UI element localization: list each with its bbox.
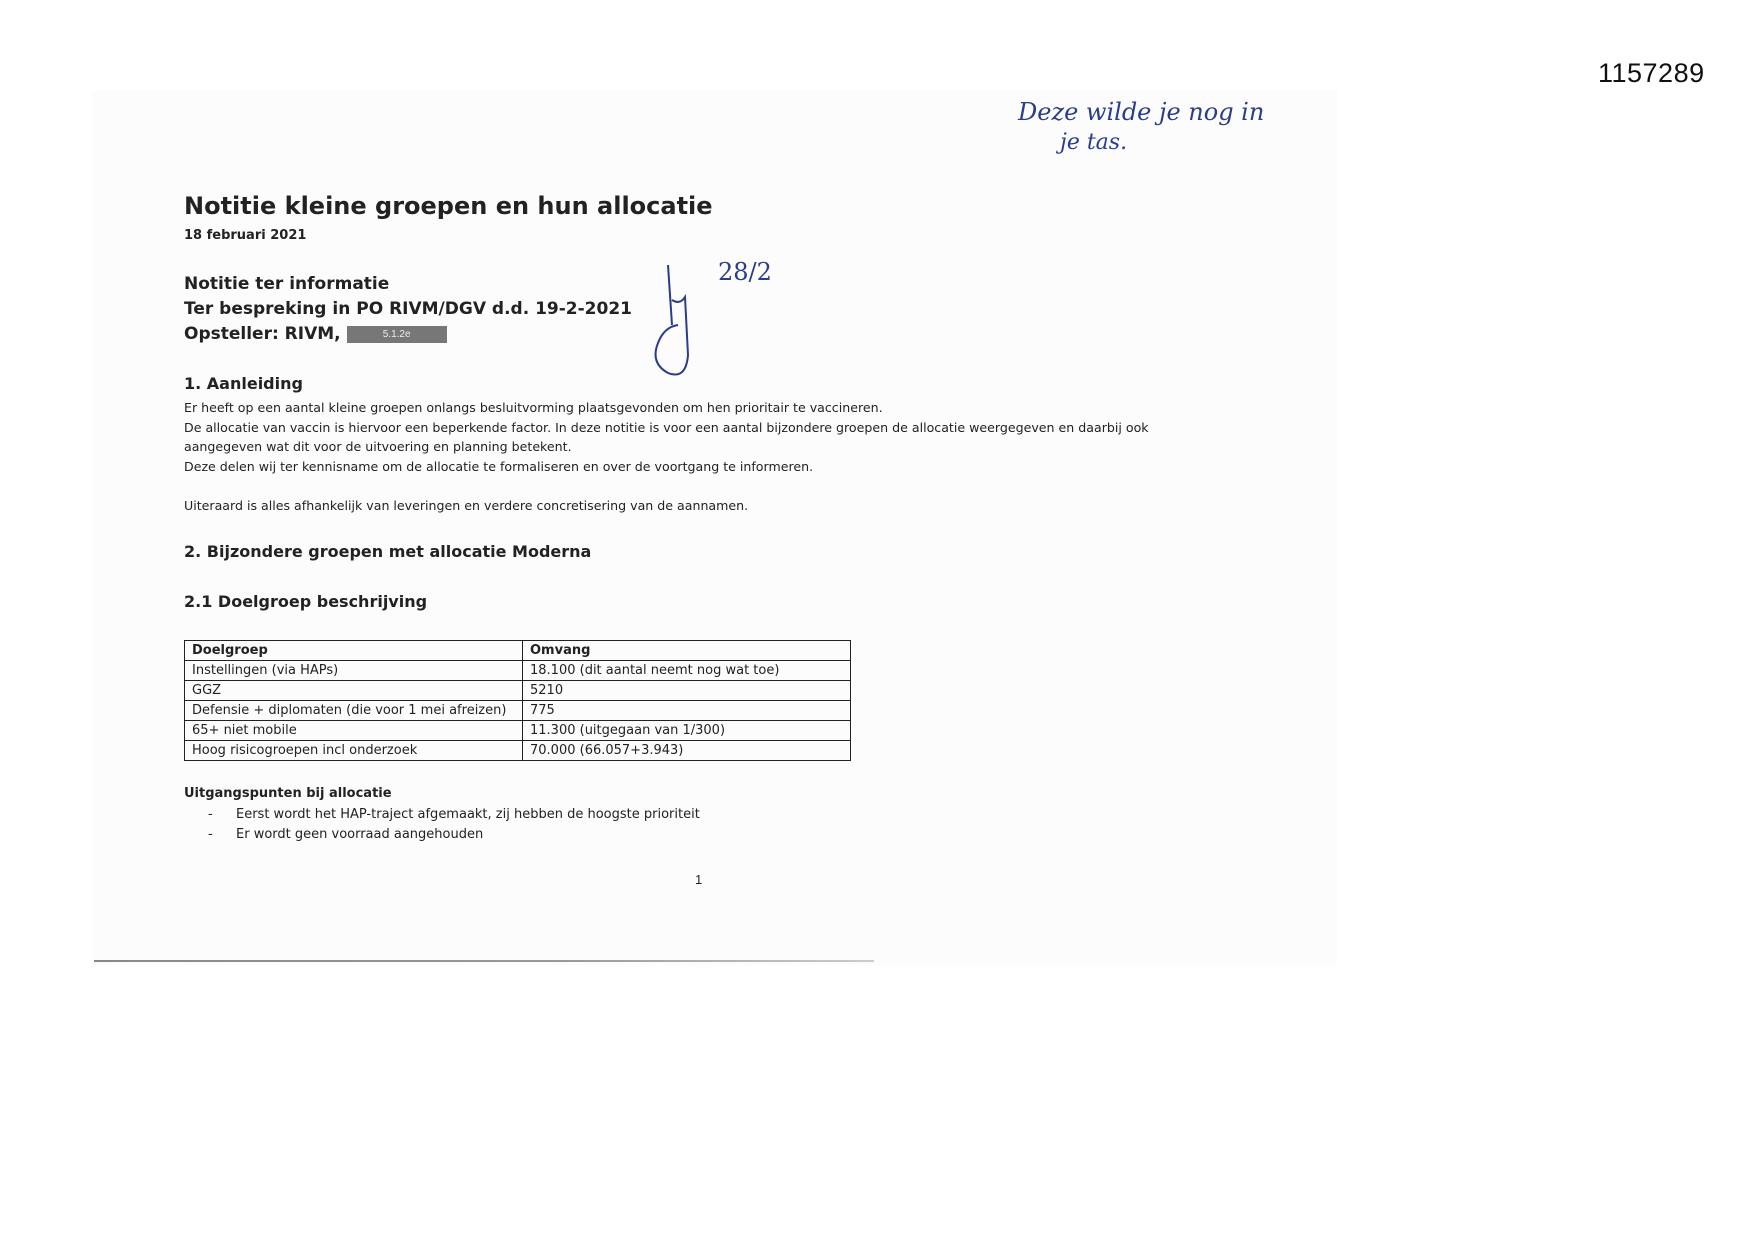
paragraph: Deze delen wij ter kennisname om de allo… (184, 457, 1224, 477)
document-id: 1157289 (1598, 58, 1705, 89)
paragraph: Er heeft op een aantal kleine groepen on… (184, 398, 1224, 418)
section1-note: Uiteraard is alles afhankelijk van lever… (184, 496, 1224, 516)
section1-heading: 1. Aanleiding (184, 374, 303, 393)
paragraph: De allocatie van vaccin is hiervoor een … (184, 418, 1224, 457)
table-row: Hoog risicogroepen incl onderzoek 70.000… (185, 741, 851, 761)
column-header: Doelgroep (185, 641, 523, 661)
table-cell: 65+ niet mobile (185, 721, 523, 741)
table-cell: Instellingen (via HAPs) (185, 661, 523, 681)
section2-heading: 2. Bijzondere groepen met allocatie Mode… (184, 542, 591, 561)
table-cell: 70.000 (66.057+3.943) (523, 741, 851, 761)
table-cell: 5210 (523, 681, 851, 701)
table-header-row: Doelgroep Omvang (185, 641, 851, 661)
principles-title: Uitgangspunten bij allocatie (184, 786, 392, 801)
initials-date: 28/2 (718, 258, 772, 286)
table-cell: 11.300 (uitgegaan van 1/300) (523, 721, 851, 741)
dash-bullet-icon: - (208, 825, 236, 845)
table-row: Defensie + diplomaten (die voor 1 mei af… (185, 701, 851, 721)
principles-list: -Eerst wordt het HAP-traject afgemaakt, … (208, 805, 700, 845)
section2-subheading: 2.1 Doelgroep beschrijving (184, 592, 427, 611)
target-group-table: Doelgroep Omvang Instellingen (via HAPs)… (184, 640, 851, 761)
table-cell: GGZ (185, 681, 523, 701)
page-number: 1 (695, 872, 702, 887)
document-discussion: Ter bespreking in PO RIVM/DGV d.d. 19-2-… (184, 299, 632, 319)
table-cell: 775 (523, 701, 851, 721)
table-cell: Hoog risicogroepen incl onderzoek (185, 741, 523, 761)
document-title: Notitie kleine groepen en hun allocatie (184, 192, 713, 220)
list-item-text: Er wordt geen voorraad aangehouden (236, 827, 483, 842)
list-item: -Er wordt geen voorraad aangehouden (208, 825, 700, 845)
column-header: Omvang (523, 641, 851, 661)
table-cell: Defensie + diplomaten (die voor 1 mei af… (185, 701, 523, 721)
document-date: 18 februari 2021 (184, 228, 306, 243)
section1-paragraphs: Er heeft op een aantal kleine groepen on… (184, 398, 1224, 476)
document-purpose: Notitie ter informatie (184, 274, 389, 294)
handwritten-note-line1: Deze wilde je nog in (1018, 98, 1264, 126)
redaction-block: 5.1.2e (347, 326, 447, 343)
dash-bullet-icon: - (208, 805, 236, 825)
page-edge-line (94, 960, 874, 962)
handwritten-note-line2: je tas. (1060, 130, 1127, 155)
table-cell: 18.100 (dit aantal neemt nog wat toe) (523, 661, 851, 681)
table-row: Instellingen (via HAPs) 18.100 (dit aant… (185, 661, 851, 681)
table-row: 65+ niet mobile 11.300 (uitgegaan van 1/… (185, 721, 851, 741)
list-item: -Eerst wordt het HAP-traject afgemaakt, … (208, 805, 700, 825)
table-row: GGZ 5210 (185, 681, 851, 701)
author-label: Opsteller: RIVM, (184, 324, 341, 344)
document-author: Opsteller: RIVM,5.1.2e (184, 324, 447, 344)
list-item-text: Eerst wordt het HAP-traject afgemaakt, z… (236, 807, 700, 822)
